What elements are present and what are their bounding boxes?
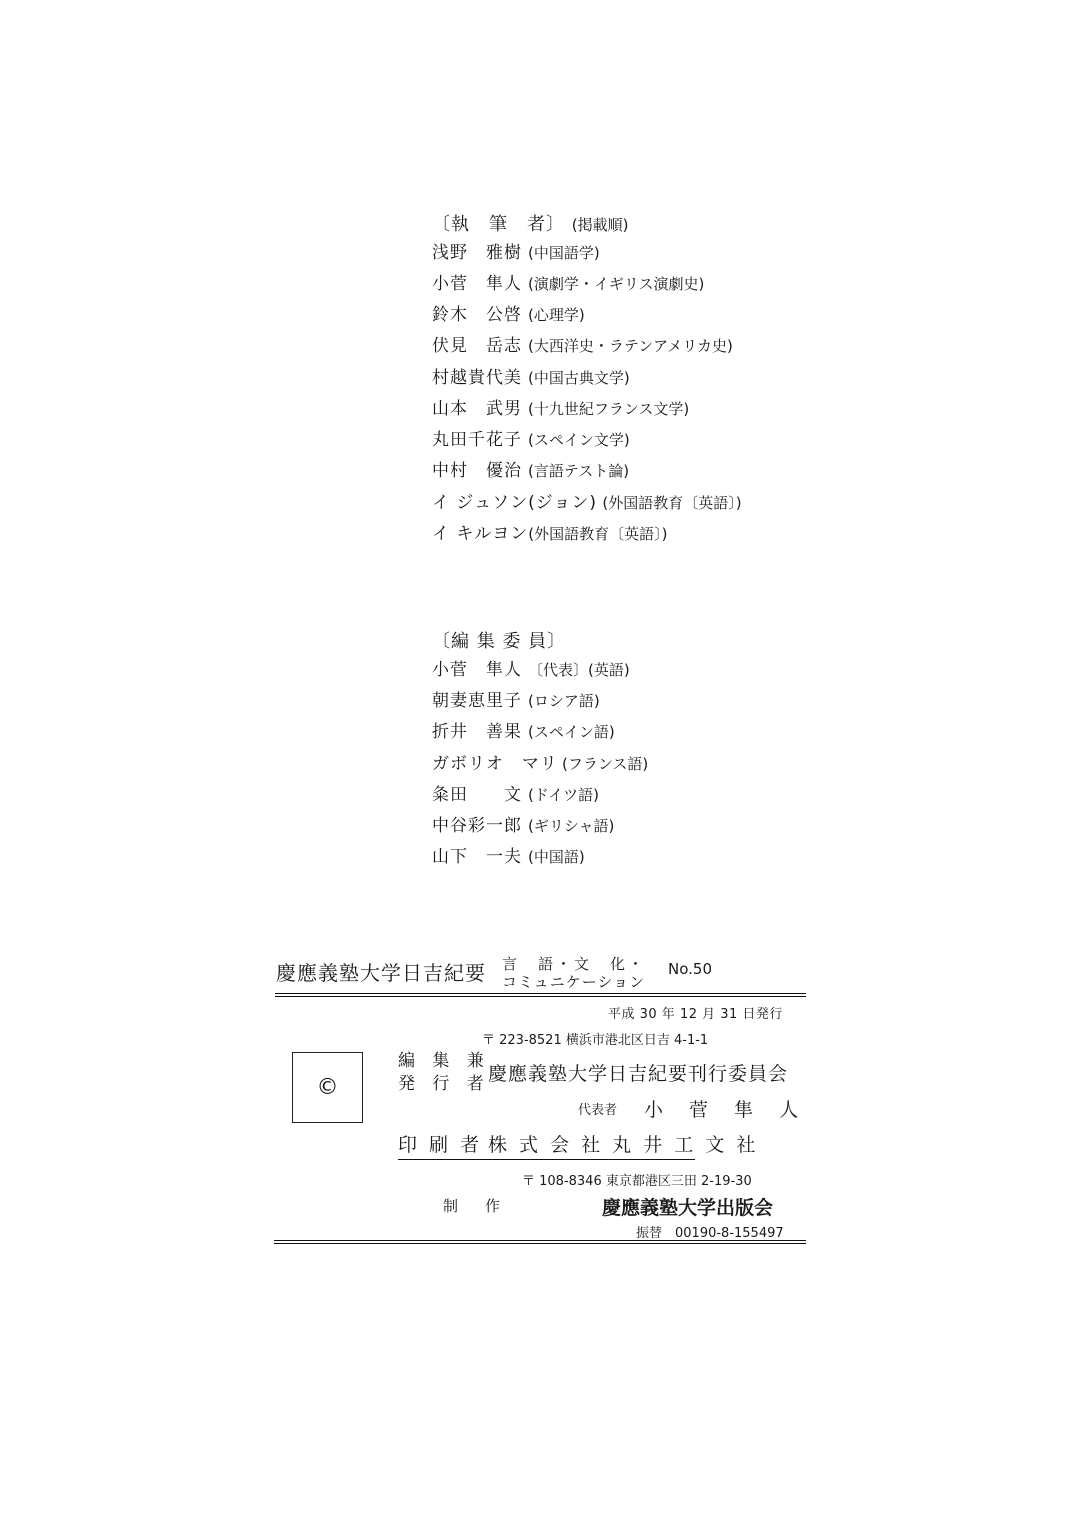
editor-name: 粂田 文 <box>432 783 528 807</box>
journal-subtitle-line2: コミュニケーション <box>502 971 645 992</box>
representative-label: 代表者 <box>578 1099 617 1118</box>
journal-title: 慶應義塾大学日吉紀要 <box>276 957 486 986</box>
editor-field: (スペイン語) <box>528 723 615 741</box>
author-row: 伏見 岳志(大西洋史・ラテンアメリカ史) <box>432 334 733 358</box>
editor-name: 朝妻恵里子 <box>432 689 528 713</box>
author-name: 浅野 雅樹 <box>432 241 528 265</box>
publisher-address: 〒 223-8521 横浜市港北区日吉 4-1-1 <box>482 1029 708 1048</box>
author-row: 丸田千花子(スペイン文学) <box>432 428 630 452</box>
editor-row: 中谷彩一郎(ギリシャ語) <box>432 814 614 838</box>
author-row: イ キルヨン(外国語教育〔英語〕) <box>432 522 667 546</box>
transfer-account: 振替 00190-8-155497 <box>636 1222 784 1241</box>
editor-row: 粂田 文(ドイツ語) <box>432 783 599 807</box>
editor-row: ガボリオ マリ(フランス語) <box>432 752 648 776</box>
author-row: 山本 武男(十九世紀フランス文学) <box>432 397 689 421</box>
editors-section-title: 〔編 集 委 員〕 <box>432 627 566 653</box>
editor-row: 朝妻恵里子(ロシア語) <box>432 689 600 713</box>
author-field: (外国語教育〔英語〕) <box>528 525 667 543</box>
author-field: (心理学) <box>528 306 585 324</box>
footer-rule-top <box>274 1240 806 1241</box>
author-row: イ ジュソン(ジョン) (外国語教育〔英語〕) <box>432 491 742 515</box>
author-field: (中国語学) <box>528 244 600 262</box>
copyright-box: © <box>292 1052 363 1123</box>
editor-field: (中国語) <box>528 848 585 866</box>
editor-field: (ギリシャ語) <box>528 817 614 835</box>
editor-field: (ドイツ語) <box>528 786 599 804</box>
representative-name: 小 菅 隼 人 <box>644 1095 808 1122</box>
footer-rule-bottom <box>274 1243 806 1244</box>
author-row: 中村 優治(言語テスト論) <box>432 459 629 483</box>
producer-label: 制 作 <box>443 1195 506 1216</box>
issue-number: No.50 <box>668 960 712 978</box>
author-name: イ ジュソン(ジョン) <box>432 491 597 515</box>
header-rule-bottom <box>275 996 806 997</box>
editor-publisher: 慶應義塾大学日吉紀要刊行委員会 <box>488 1059 788 1086</box>
editor-field: (フランス語) <box>562 755 648 773</box>
author-name: 村越貴代美 <box>432 366 528 390</box>
author-field: (大西洋史・ラテンアメリカ史) <box>528 337 733 355</box>
author-field: (外国語教育〔英語〕) <box>602 494 741 512</box>
authors-order-note: (掲載順) <box>572 216 629 234</box>
author-name: 山本 武男 <box>432 397 528 421</box>
author-row: 小菅 隼人(演劇学・イギリス演劇史) <box>432 272 704 296</box>
author-name: イ キルヨン <box>432 522 528 546</box>
author-field: (十九世紀フランス文学) <box>528 400 689 418</box>
author-field: (演劇学・イギリス演劇史) <box>528 275 704 293</box>
author-name: 伏見 岳志 <box>432 334 528 358</box>
editor-name: 小菅 隼人 <box>432 658 528 682</box>
printer-name: 株 式 会 社 丸 井 工 文 社 <box>488 1130 758 1157</box>
author-field: (言語テスト論) <box>528 462 629 480</box>
editor-row: 折井 善果(スペイン語) <box>432 720 615 744</box>
author-name: 鈴木 公啓 <box>432 303 528 327</box>
editor-name: 折井 善果 <box>432 720 528 744</box>
printer-label: 印 刷 者 <box>398 1130 482 1157</box>
author-row: 鈴木 公啓(心理学) <box>432 303 585 327</box>
editor-publisher-label-2: 発 行 者 <box>398 1073 490 1095</box>
authors-section-title: 〔執 筆 者〕 (掲載順) <box>432 210 628 236</box>
editor-row: 小菅 隼人〔代表〕(英語) <box>432 658 630 682</box>
author-name: 小菅 隼人 <box>432 272 528 296</box>
producer-name: 慶應義塾大学出版会 <box>602 1193 773 1220</box>
author-name: 中村 優治 <box>432 459 528 483</box>
editor-name: 山下 一夫 <box>432 845 528 869</box>
publish-date: 平成 30 年 12 月 31 日発行 <box>608 1003 783 1022</box>
author-field: (中国古典文学) <box>528 369 630 387</box>
editor-publisher-label-1: 編 集 兼 <box>398 1050 490 1072</box>
author-row: 村越貴代美(中国古典文学) <box>432 366 630 390</box>
author-field: (スペイン文学) <box>528 431 630 449</box>
editor-name: ガボリオ マリ <box>432 752 562 776</box>
editor-name: 中谷彩一郎 <box>432 814 528 838</box>
copyright-icon: © <box>317 1075 339 1100</box>
editor-field: 〔代表〕(英語) <box>528 661 630 679</box>
author-row: 浅野 雅樹(中国語学) <box>432 241 600 265</box>
producer-address: 〒 108-8346 東京都港区三田 2-19-30 <box>522 1170 752 1189</box>
author-name: 丸田千花子 <box>432 428 528 452</box>
editors-title: 〔編 集 委 員〕 <box>432 631 566 652</box>
authors-title: 〔執 筆 者〕 <box>432 214 565 235</box>
printer-underline <box>398 1159 695 1160</box>
header-rule-top <box>275 993 806 994</box>
editor-row: 山下 一夫(中国語) <box>432 845 585 869</box>
editor-field: (ロシア語) <box>528 692 600 710</box>
